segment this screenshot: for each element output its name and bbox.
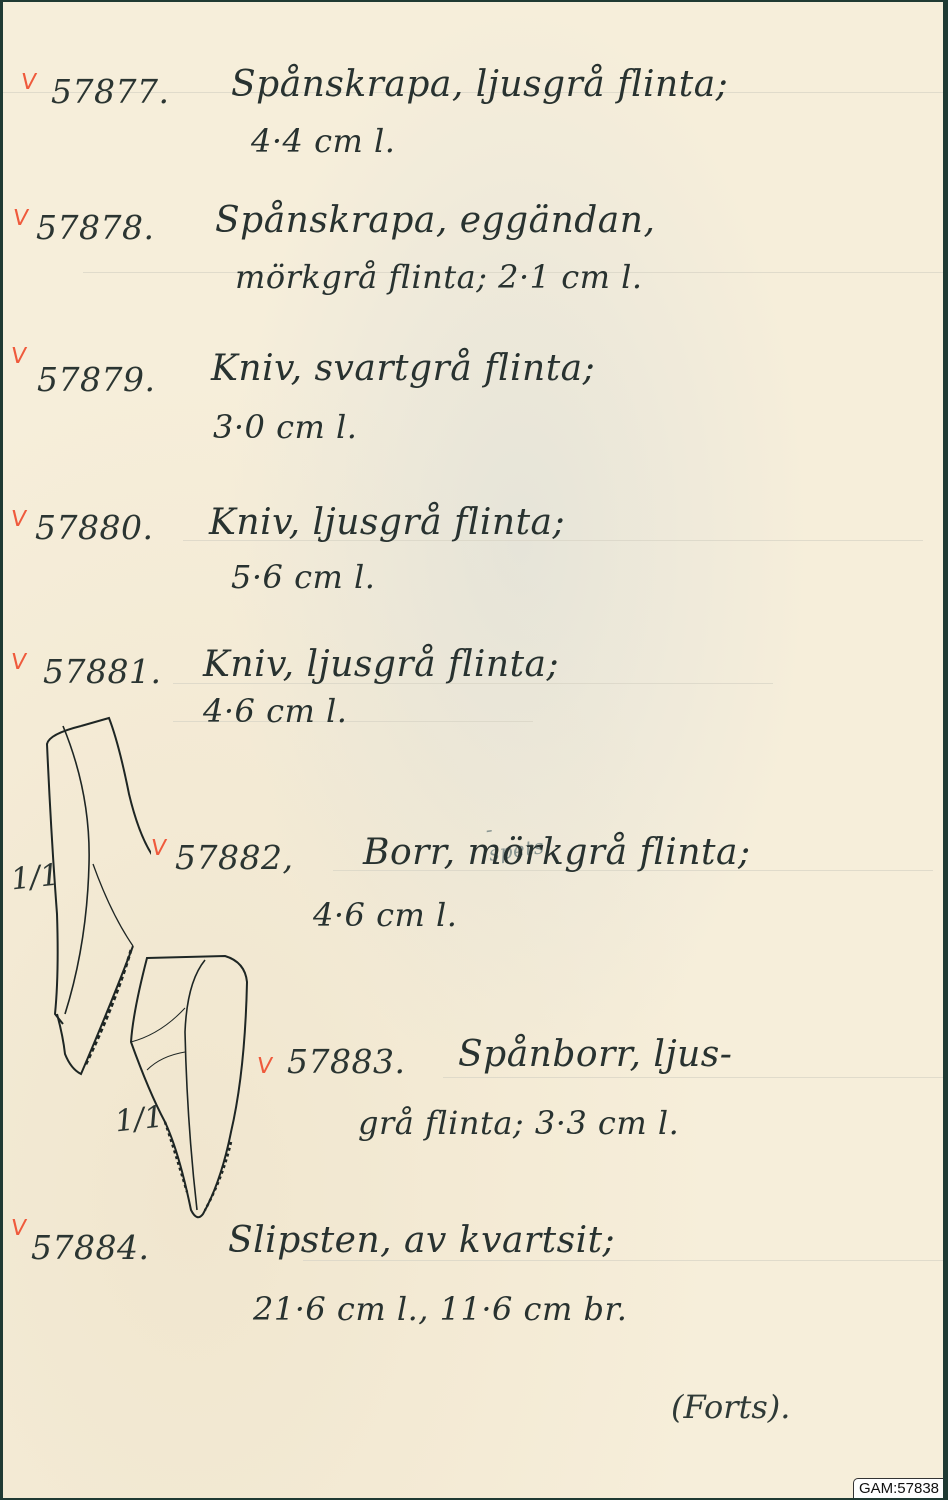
catalogue-number: 57881.: [43, 652, 161, 691]
entry-measurement: mörkgrå flinta; 2·1 cm l.: [235, 258, 643, 296]
red-check-mark: V: [149, 836, 168, 861]
entry-description: Spånskrapa, ljusgrå flinta;: [231, 64, 728, 105]
red-check-mark: V: [9, 507, 28, 532]
red-check-mark: V: [9, 650, 28, 675]
entry-measurement: grå flinta; 3·3 cm l.: [358, 1104, 679, 1142]
entry-measurement: 4·6 cm l.: [203, 692, 347, 730]
catalogue-number: 57882,: [175, 838, 293, 877]
catalogue-page: V 57877. Spånskrapa, ljusgrå flinta; 4·4…: [3, 2, 943, 1498]
entry-description: Slipsten, av kvartsit;: [228, 1220, 615, 1261]
entry-description: Kniv, ljusgrå flinta;: [203, 644, 559, 685]
entry-measurement: 21·6 cm l., 11·6 cm br.: [253, 1290, 627, 1328]
continuation-note: (Forts).: [671, 1388, 790, 1426]
entry-description: Kniv, svartgrå flinta;: [211, 348, 595, 389]
catalogue-number: 57880.: [35, 508, 153, 547]
entry-measurement: 5·6 cm l.: [231, 558, 375, 596]
entry-description: Borr, mörkgrå flinta;: [363, 832, 751, 873]
ruled-line: [443, 1077, 943, 1078]
entry-measurement: 3·0 cm l.: [213, 408, 357, 446]
red-check-mark: V: [9, 1216, 28, 1241]
entry-measurement: 4·6 cm l.: [313, 896, 457, 934]
red-check-mark: V: [9, 344, 28, 369]
red-check-mark: V: [11, 206, 30, 231]
entry-description: Spånborr, ljus-: [458, 1034, 732, 1075]
catalogue-number: 57883.: [287, 1042, 405, 1081]
entry-measurement: 4·4 cm l.: [251, 122, 395, 160]
catalogue-number: 57877.: [51, 72, 169, 111]
catalogue-number: 57879.: [37, 360, 155, 399]
flint-drill-drawing: [127, 952, 267, 1222]
archive-id-label: GAM:57838: [853, 1478, 943, 1498]
catalogue-number: 57884.: [31, 1228, 149, 1267]
entry-description: Spånskrapa, eggändan,: [215, 200, 655, 241]
catalogue-number: 57878.: [36, 208, 154, 247]
entry-description: Kniv, ljusgrå flinta;: [209, 502, 565, 543]
